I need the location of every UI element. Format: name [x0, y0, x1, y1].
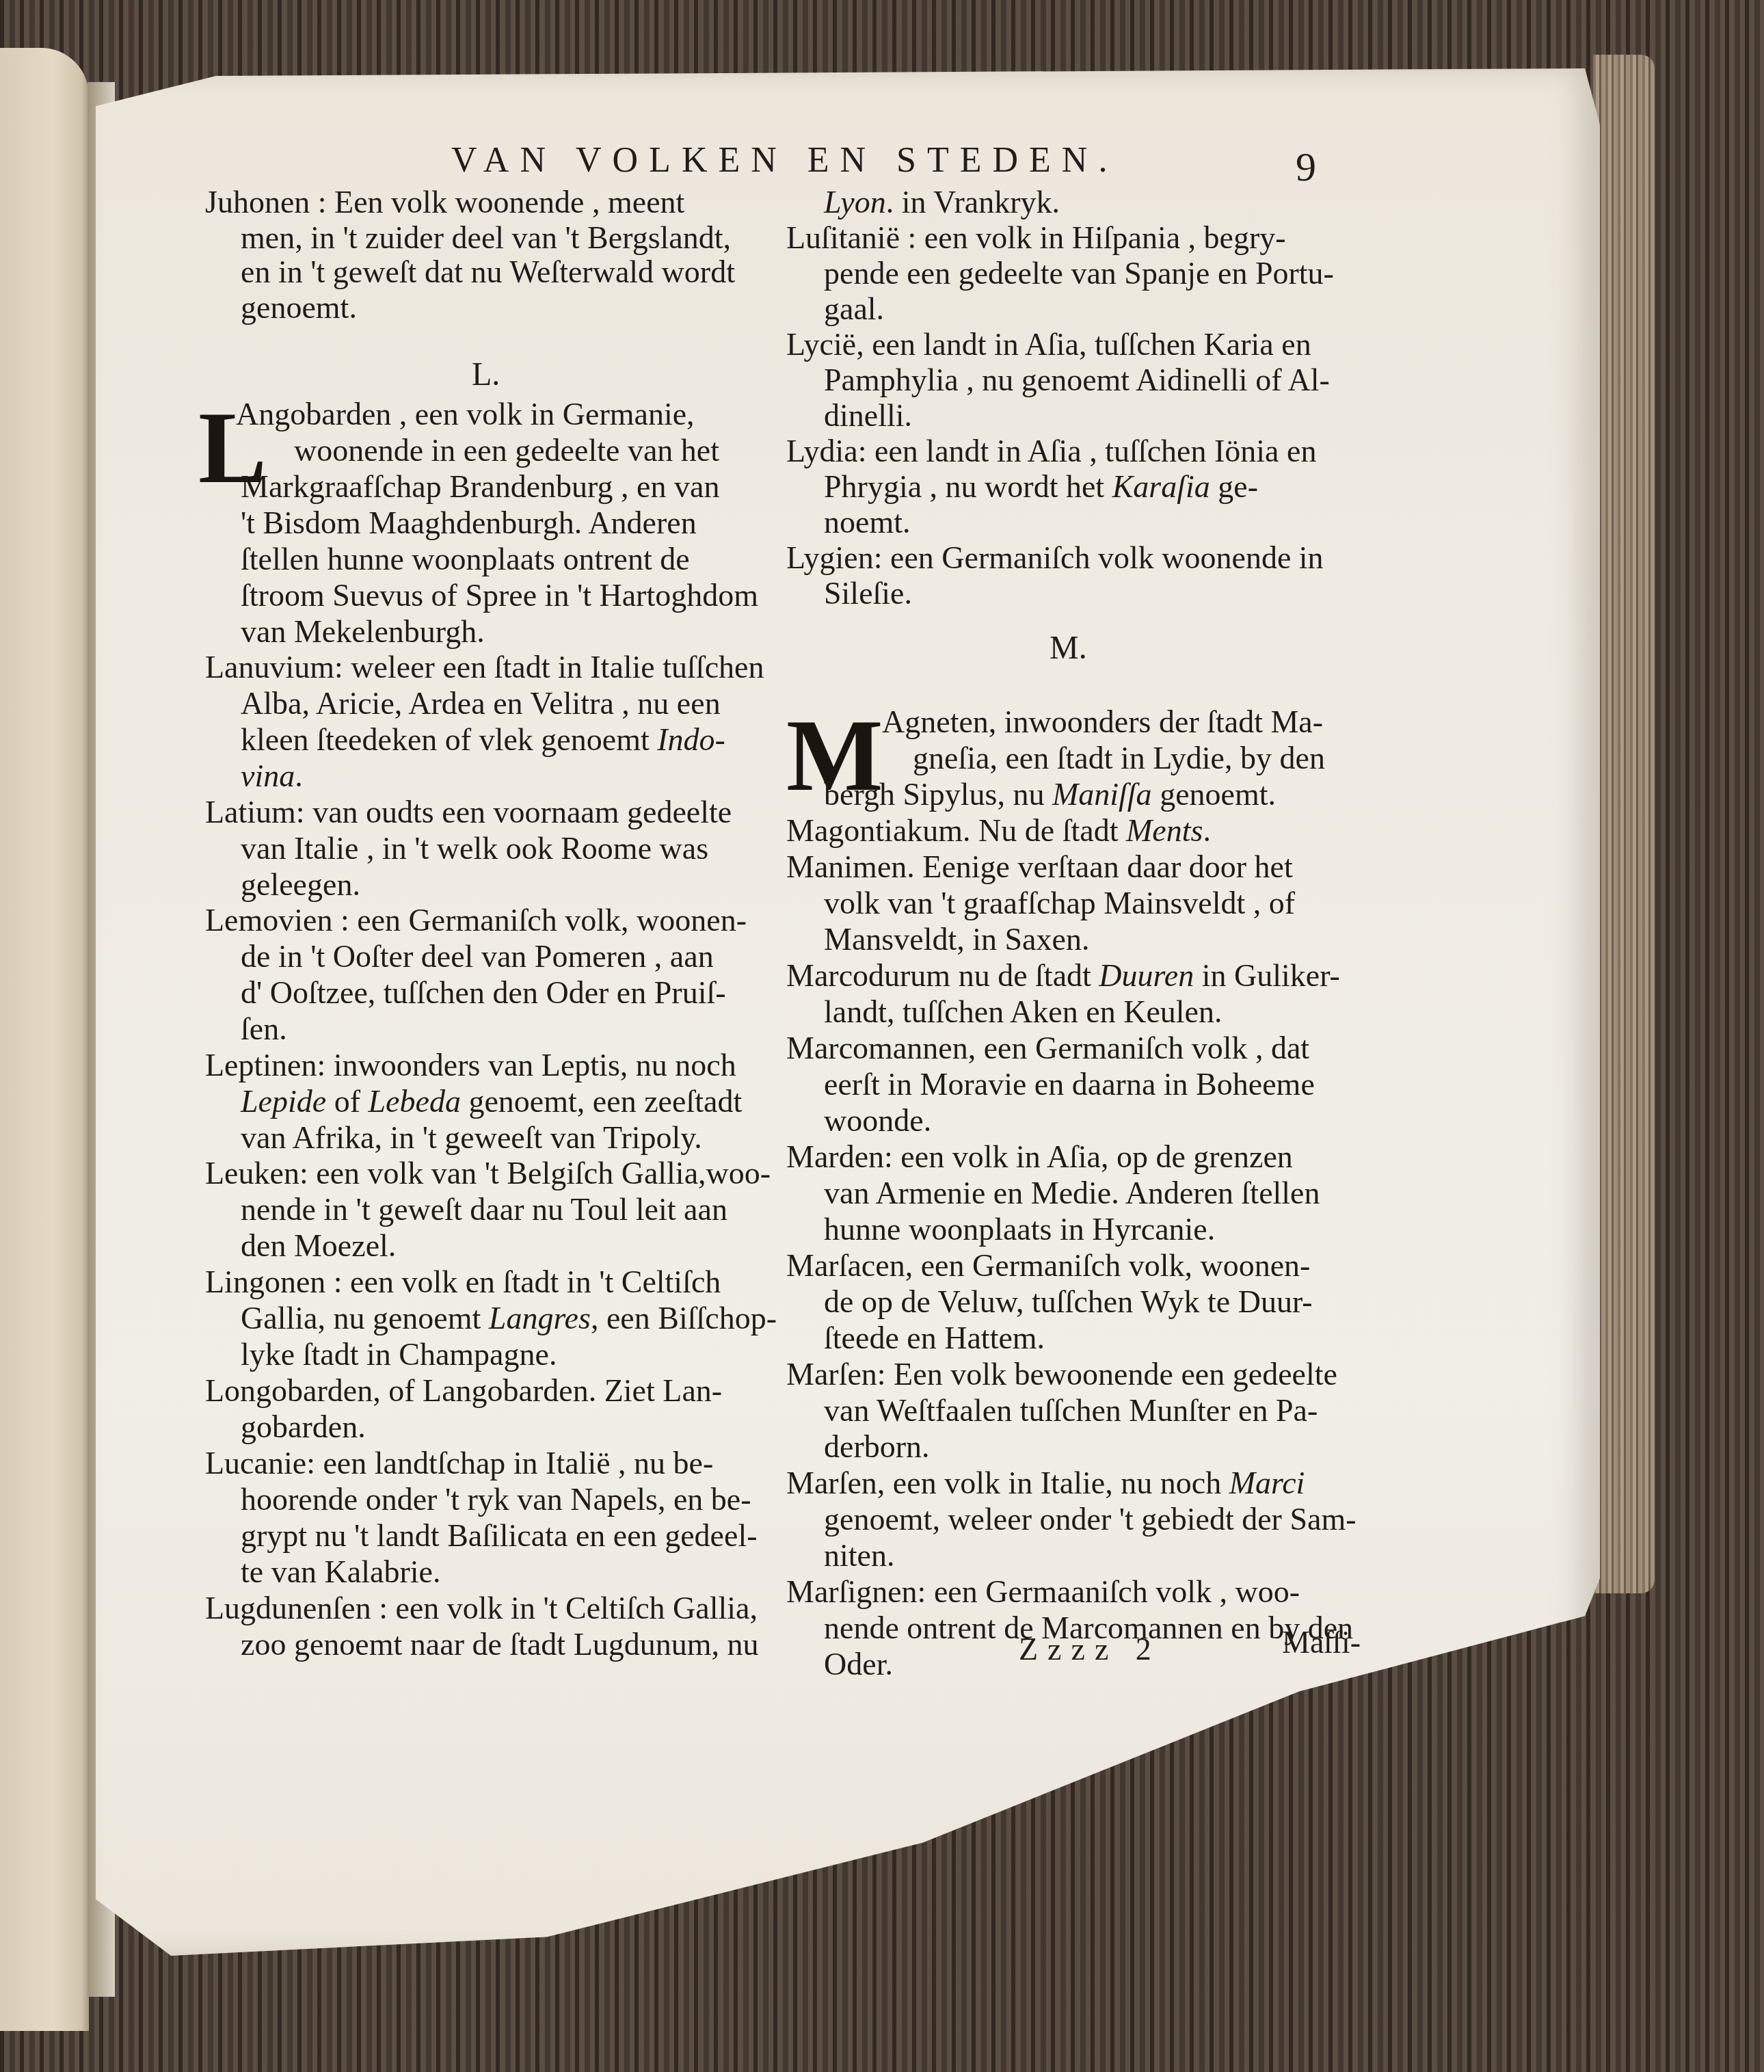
- catchword: Maſſi-: [1282, 1624, 1361, 1660]
- text-run: van Afrika, in 't geweeſt van Tripoly.: [241, 1120, 702, 1155]
- text-line: te van Kalabrie.: [241, 1554, 440, 1590]
- text-line: en in 't geweſt dat nu Weſterwald wordt: [241, 254, 735, 290]
- text-line: Mansveldt, in Saxen.: [824, 922, 1089, 957]
- text-run: Magontiakum. Nu de ſtadt: [786, 813, 1126, 848]
- text-line: Luſitanië : een volk in Hiſpania , begry…: [786, 220, 1286, 256]
- text-line: Marcodurum nu de ſtadt Duuren in Guliker…: [786, 958, 1340, 994]
- text-run: ſtroom Suevus of Spree in 't Hartoghdom: [241, 578, 758, 613]
- text-line: Manimen. Eenige verſtaan daar door het: [786, 849, 1293, 885]
- text-run: Markgraafſchap Brandenburg , en van: [241, 469, 719, 504]
- text-run: ſen.: [241, 1011, 287, 1046]
- text-run: Longobarden, of Langobarden. Ziet Lan-: [205, 1373, 722, 1408]
- text-run: Leuken: een volk van 't Belgiſch Gallia,…: [205, 1156, 771, 1191]
- text-line: Lydia: een landt in Aſia , tuſſchen Iöni…: [786, 434, 1316, 469]
- text-line: Lygien: een Germaniſch volk woonende in: [786, 540, 1324, 576]
- text-line: Leuken: een volk van 't Belgiſch Gallia,…: [205, 1156, 771, 1191]
- text-line: derborn.: [824, 1429, 930, 1465]
- text-line: ſtroom Suevus of Spree in 't Hartoghdom: [241, 578, 758, 613]
- text-line: Marſen, een volk in Italie, nu noch Marc…: [786, 1465, 1305, 1501]
- text-line: landt, tuſſchen Aken en Keulen.: [824, 994, 1222, 1030]
- text-run: de op de Veluw, tuſſchen Wyk te Duur-: [824, 1284, 1313, 1319]
- text-line: kleen ſteedeken of vlek genoemt Indo-: [241, 722, 725, 758]
- text-line: hoorende onder 't ryk van Napels, en be-: [241, 1482, 751, 1517]
- text-run: Sileſie.: [824, 576, 912, 611]
- text-line: ſteede en Hattem.: [824, 1320, 1045, 1356]
- text-run: genoemt.: [241, 290, 357, 325]
- text-line: gaal.: [824, 291, 884, 327]
- text-run: Marſen: Een volk bewoonende een gedeelte: [786, 1357, 1337, 1392]
- text-line: Gallia, nu genoemt Langres, een Biſſchop…: [241, 1301, 777, 1336]
- text-line: grypt nu 't landt Baſilicata en een gede…: [241, 1518, 758, 1554]
- text-run: geleegen.: [241, 867, 360, 902]
- text-run: , een Biſſchop-: [591, 1301, 777, 1336]
- text-line: Lucanie: een landtſchap in Italië , nu b…: [205, 1446, 713, 1481]
- text-run: genoemt, weleer onder 't gebiedt der Sam…: [824, 1502, 1357, 1537]
- text-line: pende een gedeelte van Spanje en Portu-: [824, 256, 1334, 291]
- text-run: Lydia: een landt in Aſia , tuſſchen Iöni…: [786, 434, 1316, 468]
- italic-term: Lebeda: [369, 1084, 461, 1119]
- text-line: Leptinen: inwoonders van Leptis, nu noch: [205, 1048, 736, 1083]
- text-run: Gallia, nu genoemt: [241, 1301, 489, 1336]
- text-run: 't Bisdom Maaghdenburgh. Anderen: [241, 505, 697, 540]
- text-line: Sileſie.: [824, 576, 912, 611]
- italic-term: Ments: [1126, 813, 1203, 848]
- section-letter-m: M.: [1050, 629, 1087, 667]
- text-run: genoemt, een zeeſtadt: [461, 1084, 742, 1119]
- signature-mark: Zzzz 2: [1019, 1631, 1161, 1667]
- text-line: bergh Sipylus, nu Maniſſa genoemt.: [824, 777, 1276, 812]
- text-run: Marſacen, een Germaniſch volk, woonen-: [786, 1248, 1310, 1283]
- text-run: Luſitanië : een volk in Hiſpania , begry…: [786, 220, 1286, 255]
- text-line: de in 't Ooſter deel van Pomeren , aan: [241, 939, 714, 974]
- text-run: gaal.: [824, 291, 884, 326]
- text-line: noemt.: [824, 505, 910, 540]
- text-run: in Guliker-: [1194, 958, 1340, 993]
- text-line: van Afrika, in 't geweeſt van Tripoly.: [241, 1120, 702, 1156]
- text-line: gobarden.: [241, 1409, 366, 1445]
- text-run: Lygien: een Germaniſch volk woonende in: [786, 540, 1324, 575]
- text-run: Manimen. Eenige verſtaan daar door het: [786, 849, 1293, 884]
- text-run: Lanuvium: weleer een ſtadt in Italie tuſ…: [205, 650, 764, 685]
- text-run: Lucanie: een landtſchap in Italië , nu b…: [205, 1446, 713, 1480]
- text-line: 't Bisdom Maaghdenburgh. Anderen: [241, 505, 697, 541]
- text-line: Marcomannen, een Germaniſch volk , dat: [786, 1031, 1309, 1066]
- text-line: den Moezel.: [241, 1228, 396, 1264]
- text-line: Pamphylia , nu genoemt Aidinelli of Al-: [824, 362, 1330, 398]
- text-line: dinelli.: [824, 398, 912, 434]
- text-line: Lycië, een landt in Aſia, tuſſchen Karia…: [786, 327, 1311, 362]
- text-line: Juhonen : Een volk woonende , meent: [205, 185, 684, 220]
- text-run: van Armenie en Medie. Anderen ſtellen: [824, 1176, 1320, 1210]
- italic-term: Lyon: [824, 185, 886, 220]
- text-run: lyke ſtadt in Champagne.: [241, 1337, 557, 1372]
- text-run: hunne woonplaats in Hyrcanie.: [824, 1212, 1215, 1247]
- text-run: Mansveldt, in Saxen.: [824, 922, 1089, 957]
- text-line: ſtellen hunne woonplaats ontrent de: [241, 542, 690, 577]
- page-fore-edge: [1593, 55, 1655, 1593]
- text-line: woonende in een gedeelte van het: [294, 433, 719, 468]
- text-line: Alba, Aricie, Ardea en Velitra , nu een: [241, 686, 721, 721]
- text-line: Marſignen: een Germaaniſch volk , woo-: [786, 1574, 1300, 1610]
- text-run: nende in 't geweſt daar nu Toul leit aan: [241, 1192, 727, 1227]
- text-run: volk van 't graafſchap Mainsveldt , of: [824, 886, 1295, 920]
- text-run: Juhonen : Een volk woonende , meent: [205, 185, 684, 220]
- italic-term: Karaſia: [1112, 469, 1210, 504]
- text-run: of: [326, 1084, 368, 1119]
- text-line: hunne woonplaats in Hyrcanie.: [824, 1212, 1215, 1247]
- text-run: woonde.: [824, 1103, 931, 1138]
- text-run: woonende in een gedeelte van het: [294, 433, 719, 468]
- text-line: van Armenie en Medie. Anderen ſtellen: [824, 1176, 1320, 1211]
- text-line: genoemt, weleer onder 't gebiedt der Sam…: [824, 1502, 1357, 1537]
- text-line: Longobarden, of Langobarden. Ziet Lan-: [205, 1373, 722, 1409]
- text-line: Phrygia , nu wordt het Karaſia ge-: [824, 469, 1258, 505]
- text-run: en in 't geweſt dat nu Weſterwald wordt: [241, 254, 735, 289]
- text-run: bergh Sipylus, nu: [824, 777, 1052, 812]
- text-run: gobarden.: [241, 1409, 366, 1444]
- page-number: 9: [1296, 144, 1316, 191]
- text-run: .: [295, 758, 303, 793]
- text-run: Lycië, een landt in Aſia, tuſſchen Karia…: [786, 327, 1311, 362]
- text-run: . in Vrankryk.: [886, 185, 1060, 220]
- italic-term: vina: [241, 758, 295, 793]
- text-run: van Italie , in 't welk ook Roome was: [241, 831, 708, 866]
- text-line: volk van 't graafſchap Mainsveldt , of: [824, 886, 1295, 921]
- text-run: van Mekelenburgh.: [241, 614, 485, 649]
- text-run: niten.: [824, 1538, 894, 1573]
- text-run: Oder.: [824, 1647, 893, 1682]
- text-run: eerſt in Moravie en daarna in Boheeme: [824, 1067, 1315, 1102]
- text-run: Marden: een volk in Aſia, op de grenzen: [786, 1139, 1293, 1174]
- text-line: lyke ſtadt in Champagne.: [241, 1337, 557, 1372]
- text-run: Lingonen : een volk en ſtadt in 't Celti…: [205, 1264, 721, 1299]
- text-run: grypt nu 't landt Baſilicata en een gede…: [241, 1518, 758, 1553]
- italic-term: Indo-: [657, 722, 725, 757]
- text-line: gneſia, een ſtadt in Lydie, by den: [913, 741, 1325, 776]
- text-line: van Weſtfaalen tuſſchen Munſter en Pa-: [824, 1393, 1318, 1429]
- italic-term: Marci: [1229, 1465, 1305, 1500]
- text-line: Lepide of Lebeda genoemt, een zeeſtadt: [241, 1084, 742, 1119]
- text-line: Marſacen, een Germaniſch volk, woonen-: [786, 1248, 1310, 1284]
- text-run: .: [1203, 813, 1211, 848]
- text-run: te van Kalabrie.: [241, 1554, 440, 1589]
- text-line: Marden: een volk in Aſia, op de grenzen: [786, 1139, 1293, 1175]
- text-run: Marcomannen, een Germaniſch volk , dat: [786, 1031, 1309, 1065]
- text-run: den Moezel.: [241, 1228, 396, 1263]
- text-line: Lyon. in Vrankryk.: [824, 185, 1060, 220]
- text-run: Lugdunenſen : een volk in 't Celtiſch Ga…: [205, 1591, 758, 1625]
- facing-left-page: [0, 48, 89, 2031]
- text-line: van Italie , in 't welk ook Roome was: [241, 831, 708, 866]
- text-run: ge-: [1210, 469, 1258, 504]
- text-line: Oder.: [824, 1647, 893, 1682]
- text-run: Phrygia , nu wordt het: [824, 469, 1112, 504]
- text-run: Lemovien : een Germaniſch volk, woonen-: [205, 903, 747, 938]
- text-run: d' Ooſtzee, tuſſchen den Oder en Pruiſ-: [241, 975, 726, 1010]
- italic-term: Lepide: [241, 1084, 326, 1119]
- text-run: ſtellen hunne woonplaats ontrent de: [241, 542, 690, 576]
- running-head: VAN VOLKEN EN STEDEN.: [451, 140, 1118, 181]
- text-run: hoorende onder 't ryk van Napels, en be-: [241, 1482, 751, 1517]
- text-run: derborn.: [824, 1429, 930, 1464]
- text-line: nende in 't geweſt daar nu Toul leit aan: [241, 1192, 727, 1227]
- text-run: Latium: van oudts een voornaam gedeelte: [205, 795, 732, 829]
- text-run: men, in 't zuider deel van 't Bergslandt…: [241, 220, 731, 255]
- text-line: Angobarden , een volk in Germanie,: [236, 397, 695, 432]
- text-line: Markgraafſchap Brandenburg , en van: [241, 469, 719, 505]
- section-letter-l: L.: [472, 356, 500, 393]
- text-line: Lingonen : een volk en ſtadt in 't Celti…: [205, 1264, 721, 1300]
- text-line: Lemovien : een Germaniſch volk, woonen-: [205, 903, 747, 938]
- text-line: men, in 't zuider deel van 't Bergslandt…: [241, 220, 731, 256]
- text-run: Alba, Aricie, Ardea en Velitra , nu een: [241, 686, 721, 721]
- text-line: Agneten, inwoonders der ſtadt Ma-: [882, 704, 1323, 740]
- text-line: Marſen: Een volk bewoonende een gedeelte: [786, 1357, 1337, 1392]
- text-line: geleegen.: [241, 867, 360, 903]
- text-run: ſteede en Hattem.: [824, 1320, 1045, 1355]
- text-run: zoo genoemt naar de ſtadt Lugdunum, nu: [241, 1627, 759, 1662]
- text-line: zoo genoemt naar de ſtadt Lugdunum, nu: [241, 1627, 759, 1662]
- text-run: genoemt.: [1152, 777, 1276, 812]
- text-line: genoemt.: [241, 290, 357, 326]
- text-run: landt, tuſſchen Aken en Keulen.: [824, 994, 1222, 1029]
- text-run: de in 't Ooſter deel van Pomeren , aan: [241, 939, 714, 974]
- text-run: van Weſtfaalen tuſſchen Munſter en Pa-: [824, 1393, 1318, 1428]
- text-line: van Mekelenburgh.: [241, 614, 485, 650]
- text-run: Angobarden , een volk in Germanie,: [236, 397, 695, 431]
- text-line: Latium: van oudts een voornaam gedeelte: [205, 795, 732, 830]
- text-run: Marſen, een volk in Italie, nu noch: [786, 1465, 1229, 1500]
- text-run: kleen ſteedeken of vlek genoemt: [241, 722, 657, 757]
- text-line: woonde.: [824, 1103, 931, 1139]
- text-line: niten.: [824, 1538, 894, 1573]
- text-run: Marcodurum nu de ſtadt: [786, 958, 1099, 993]
- italic-term: Langres: [489, 1301, 591, 1336]
- text-run: gneſia, een ſtadt in Lydie, by den: [913, 741, 1325, 775]
- text-line: Lanuvium: weleer een ſtadt in Italie tuſ…: [205, 650, 764, 685]
- text-run: dinelli.: [824, 398, 912, 433]
- text-line: vina.: [241, 758, 303, 794]
- text-line: de op de Veluw, tuſſchen Wyk te Duur-: [824, 1284, 1313, 1320]
- text-line: Magontiakum. Nu de ſtadt Ments.: [786, 813, 1211, 849]
- text-line: eerſt in Moravie en daarna in Boheeme: [824, 1067, 1315, 1102]
- text-line: d' Ooſtzee, tuſſchen den Oder en Pruiſ-: [241, 975, 726, 1011]
- text-run: Marſignen: een Germaaniſch volk , woo-: [786, 1574, 1300, 1609]
- text-line: ſen.: [241, 1011, 287, 1047]
- text-run: Leptinen: inwoonders van Leptis, nu noch: [205, 1048, 736, 1083]
- italic-term: Duuren: [1099, 958, 1194, 993]
- text-run: noemt.: [824, 505, 910, 540]
- text-run: pende een gedeelte van Spanje en Portu-: [824, 256, 1334, 291]
- text-line: Lugdunenſen : een volk in 't Celtiſch Ga…: [205, 1591, 758, 1626]
- text-run: Agneten, inwoonders der ſtadt Ma-: [882, 704, 1323, 739]
- italic-term: Maniſſa: [1052, 777, 1152, 812]
- text-run: Pamphylia , nu genoemt Aidinelli of Al-: [824, 362, 1330, 397]
